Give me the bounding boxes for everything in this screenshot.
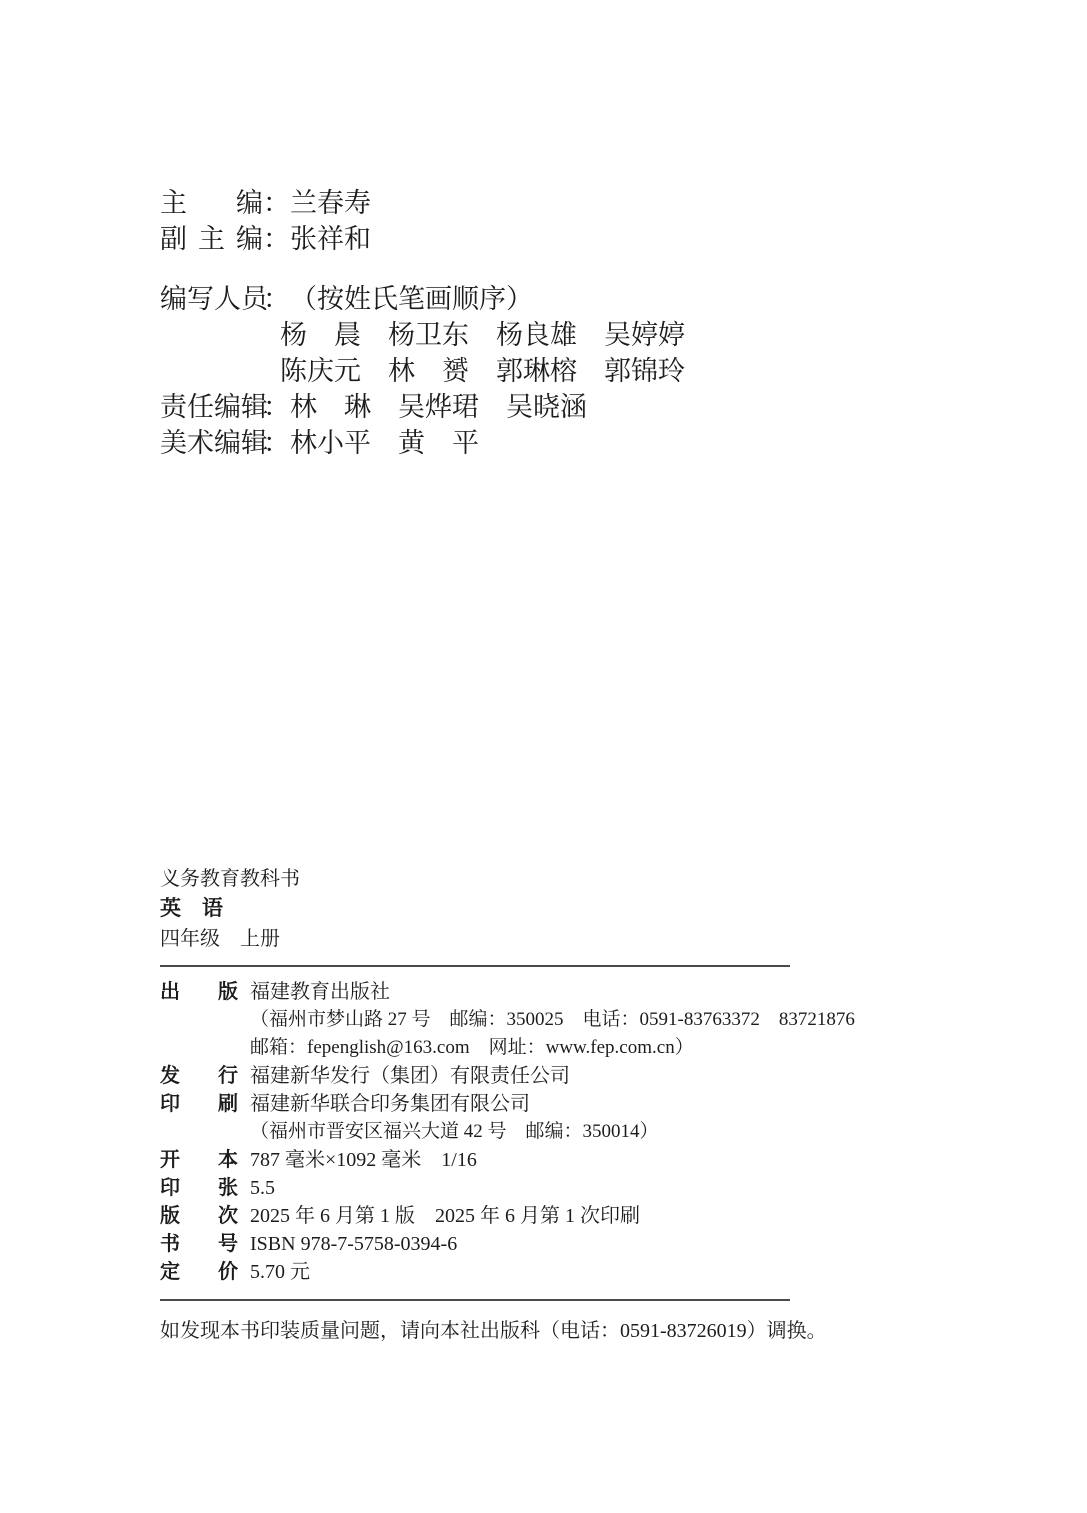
writers-names-row-1: 杨 晨 杨卫东 杨良雄 吴婷婷: [160, 317, 810, 353]
format-row: 开本787 毫米×1092 毫米 1/16: [160, 1146, 790, 1174]
quality-notice: 如发现本书印装质量问题，请向本社出版科（电话：0591-83726019）调换。: [160, 1317, 790, 1345]
printer-label: 印刷: [160, 1090, 238, 1118]
deputy-editor-name: 张祥和: [290, 224, 371, 254]
responsible-editors-label: 责任编辑: [160, 389, 263, 425]
credits-spacer: [160, 257, 810, 281]
isbn-value: ISBN 978-7-5758-0394-6: [250, 1233, 457, 1255]
art-editors-row: 美术编辑：林小平 黄 平: [160, 425, 810, 461]
responsible-editors-names: 林 琳 吴烨珺 吴晓涵: [290, 392, 587, 422]
divider-bottom: [160, 1299, 790, 1301]
edition-row: 版次2025 年 6 月第 1 版 2025 年 6 月第 1 次印刷: [160, 1202, 790, 1230]
writers-colon: ：: [263, 281, 290, 317]
divider-top: [160, 965, 790, 967]
art-editors-label: 美术编辑: [160, 425, 263, 461]
writers-label: 编写人员: [160, 281, 263, 317]
colophon-table: 出版福建教育出版社 （福州市梦山路 27 号 邮编：350025 电话：0591…: [160, 978, 790, 1286]
distributor-label: 发行: [160, 1062, 238, 1090]
isbn-row: 书号ISBN 978-7-5758-0394-6: [160, 1230, 790, 1258]
publisher-label: 出版: [160, 978, 238, 1006]
printer-value: 福建新华联合印务集团有限公司: [250, 1093, 530, 1115]
book-title: 英 语: [160, 894, 790, 924]
sheets-value: 5.5: [250, 1177, 275, 1199]
format-value: 787 毫米×1092 毫米 1/16: [250, 1149, 477, 1171]
chief-editor-colon: ：: [263, 185, 290, 221]
writers-note: （按姓氏笔画顺序）: [290, 284, 533, 314]
bookinfo-section: 义务教育教科书 英 语 四年级 上册 出版福建教育出版社 （福州市梦山路 27 …: [160, 864, 790, 1345]
art-editors-colon: ：: [263, 425, 290, 461]
price-row: 定价5.70 元: [160, 1258, 790, 1286]
chief-editor-label: 主编: [160, 185, 263, 221]
credits-section: 主编：兰春寿 副主编：张祥和 编写人员：（按姓氏笔画顺序） 杨 晨 杨卫东 杨良…: [160, 185, 810, 461]
publisher-contact-line: 邮箱：fepenglish@163.com 网址：www.fep.com.cn）: [160, 1034, 790, 1062]
price-label: 定价: [160, 1258, 238, 1286]
responsible-editors-row: 责任编辑：林 琳 吴烨珺 吴晓涵: [160, 389, 810, 425]
printer-row: 印刷福建新华联合印务集团有限公司: [160, 1090, 790, 1118]
writers-row: 编写人员：（按姓氏笔画顺序）: [160, 281, 810, 317]
chief-editor-name: 兰春寿: [290, 188, 371, 218]
edition-label: 版次: [160, 1202, 238, 1230]
grade-volume: 四年级 上册: [160, 924, 790, 954]
format-label: 开本: [160, 1146, 238, 1174]
series-title: 义务教育教科书: [160, 864, 790, 894]
edition-value: 2025 年 6 月第 1 版 2025 年 6 月第 1 次印刷: [250, 1205, 640, 1227]
isbn-label: 书号: [160, 1230, 238, 1258]
chief-editor-row: 主编：兰春寿: [160, 185, 810, 221]
distributor-value: 福建新华发行（集团）有限责任公司: [250, 1065, 570, 1087]
printer-address-line: （福州市晋安区福兴大道 42 号 邮编：350014）: [160, 1118, 790, 1146]
writers-names-row-2: 陈庆元 林 赟 郭琳榕 郭锦玲: [160, 353, 810, 389]
responsible-editors-colon: ：: [263, 389, 290, 425]
sheets-label: 印张: [160, 1174, 238, 1202]
deputy-editor-colon: ：: [263, 221, 290, 257]
price-value: 5.70 元: [250, 1261, 310, 1283]
deputy-editor-row: 副主编：张祥和: [160, 221, 810, 257]
deputy-editor-label: 副主编: [160, 221, 263, 257]
distributor-row: 发行福建新华发行（集团）有限责任公司: [160, 1062, 790, 1090]
publisher-address-line: （福州市梦山路 27 号 邮编：350025 电话：0591-83763372 …: [160, 1006, 790, 1034]
publisher-row: 出版福建教育出版社: [160, 978, 790, 1006]
sheets-row: 印张5.5: [160, 1174, 790, 1202]
art-editors-names: 林小平 黄 平: [290, 428, 479, 458]
publisher-value: 福建教育出版社: [250, 981, 390, 1003]
imprint-page: 主编：兰春寿 副主编：张祥和 编写人员：（按姓氏笔画顺序） 杨 晨 杨卫东 杨良…: [0, 0, 1087, 1513]
